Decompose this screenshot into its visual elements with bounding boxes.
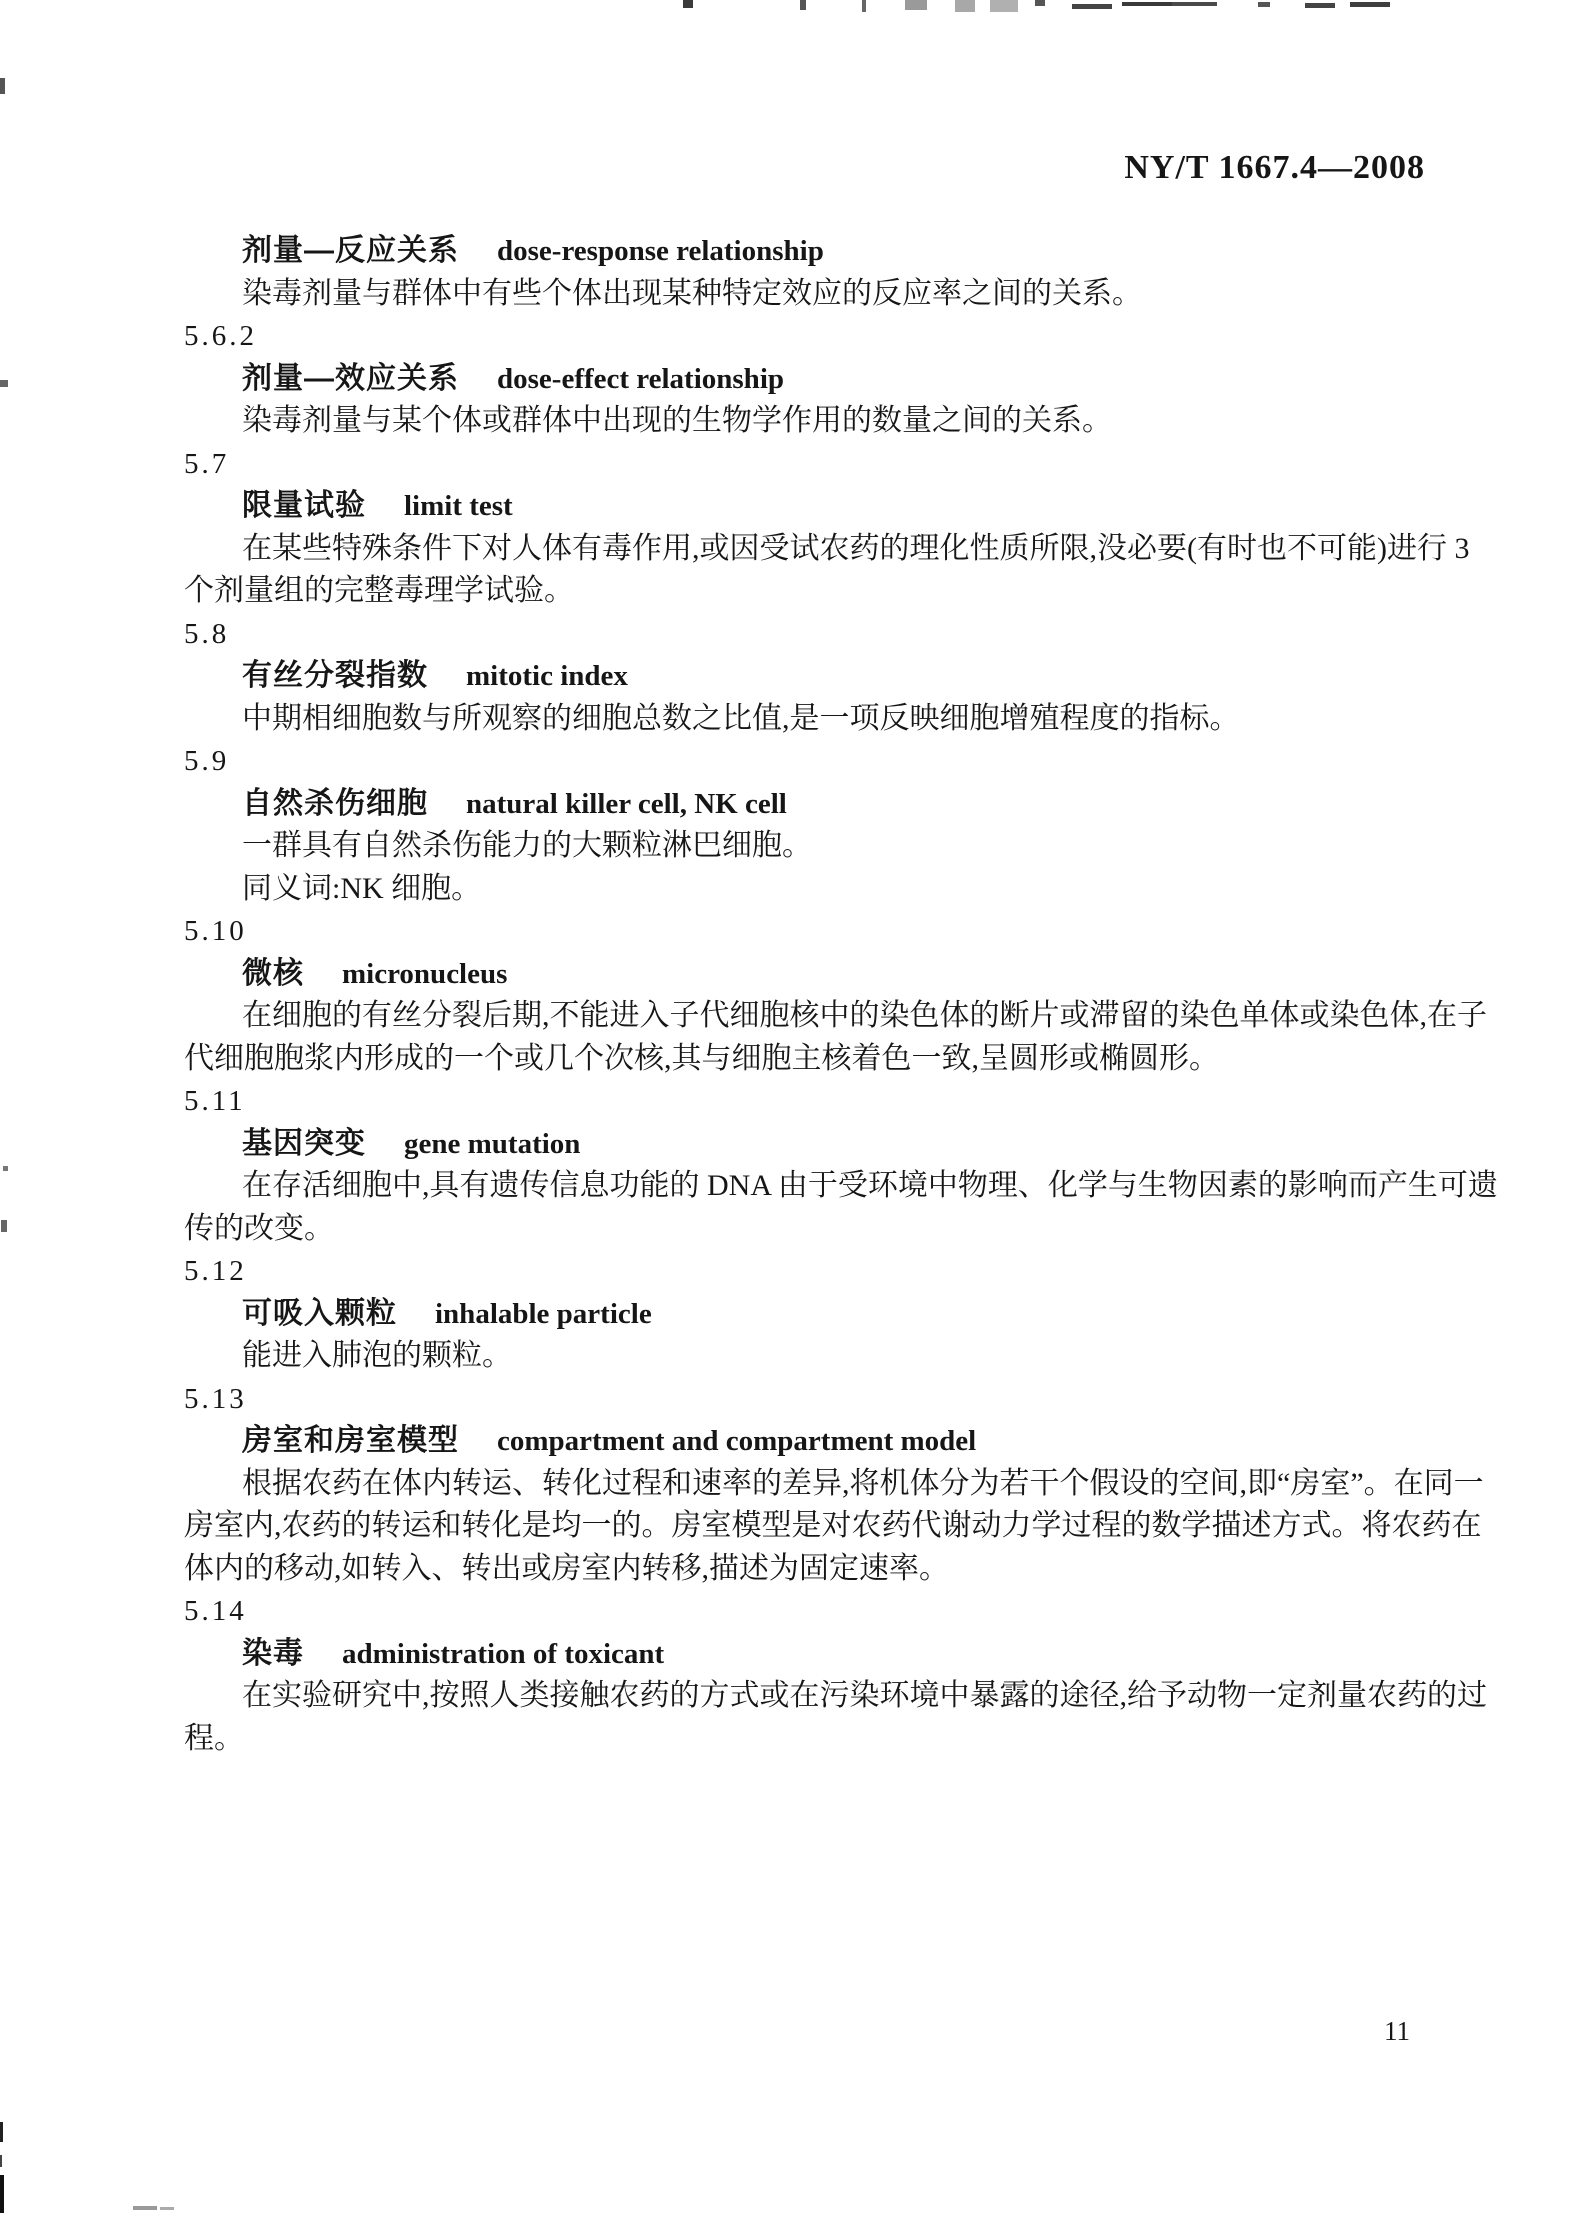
term-heading: 可吸入颗粒 inhalable particle: [184, 1293, 1444, 1336]
definition-line: 能进入肺泡的颗粒。: [184, 1335, 1444, 1378]
term-heading: 基因突变 gene mutation: [184, 1123, 1444, 1166]
term-chinese: 房室和房室模型: [242, 1424, 459, 1457]
scan-artifact: [905, 0, 927, 10]
scan-artifact: [1350, 2, 1390, 7]
scan-artifact: [1258, 2, 1270, 7]
section-number: 5.9: [184, 740, 1444, 783]
scan-artifact: [160, 2207, 174, 2210]
term-english: gene mutation: [404, 1128, 580, 1160]
scan-artifact: [1305, 3, 1335, 8]
term-section: 5.12 可吸入颗粒 inhalable particle 能进入肺泡的颗粒。: [184, 1250, 1444, 1378]
scan-artifact: [1035, 0, 1045, 6]
scan-artifact: [990, 0, 1018, 12]
term-chinese: 微核: [242, 957, 304, 990]
definition-line: 体内的移动,如转入、转出或房室内转移,描述为固定速率。: [184, 1548, 1444, 1591]
definition-line: 在某些特殊条件下对人体有毒作用,或因受试农药的理化性质所限,没必要(有时也不可能…: [184, 528, 1444, 571]
definition-line: 程。: [184, 1718, 1444, 1761]
term-chinese: 自然杀伤细胞: [242, 787, 428, 820]
term-english: dose-effect relationship: [497, 363, 784, 395]
scan-artifact: [0, 2155, 2, 2167]
section-number: 5.12: [184, 1250, 1444, 1293]
term-english: compartment and compartment model: [497, 1425, 976, 1457]
term-chinese: 限量试验: [242, 489, 366, 522]
scan-artifact: [1, 1220, 7, 1232]
term-section: 5.14 染毒 administration of toxicant 在实验研究…: [184, 1590, 1444, 1760]
definition-line: 代细胞胞浆内形成的一个或几个次核,其与细胞主核着色一致,呈圆形或椭圆形。: [184, 1038, 1444, 1081]
scan-artifact: [800, 0, 806, 10]
definition-line: 染毒剂量与某个体或群体中出现的生物学作用的数量之间的关系。: [184, 400, 1444, 443]
term-heading: 剂量—效应关系 dose-effect relationship: [184, 358, 1444, 401]
synonym-line: 同义词:NK 细胞。: [184, 868, 1444, 911]
scan-artifact: [1122, 2, 1172, 6]
term-english: micronucleus: [342, 958, 507, 990]
term-chinese: 基因突变: [242, 1127, 366, 1160]
term-english: natural killer cell, NK cell: [466, 788, 787, 820]
term-english: inhalable particle: [435, 1298, 652, 1330]
term-chinese: 剂量—反应关系: [242, 234, 459, 267]
scan-artifact: [3, 1166, 8, 1171]
term-chinese: 剂量—效应关系: [242, 362, 459, 395]
definition-line: 根据农药在体内转运、转化过程和速率的差异,将机体分为若干个假设的空间,即“房室”…: [184, 1463, 1444, 1506]
term-english: dose-response relationship: [497, 235, 824, 267]
section-number: 5.11: [184, 1080, 1444, 1123]
definition-line: 在实验研究中,按照人类接触农药的方式或在污染环境中暴露的途径,给予动物一定剂量农…: [184, 1675, 1444, 1718]
standard-number-header: NY/T 1667.4—2008: [0, 148, 1425, 188]
term-heading: 剂量—反应关系 dose-response relationship: [184, 230, 1444, 273]
term-heading: 限量试验 limit test: [184, 485, 1444, 528]
scan-artifact: [1072, 4, 1112, 9]
term-section: 5.6.2 剂量—效应关系 dose-effect relationship 染…: [184, 315, 1444, 443]
section-number: 5.13: [184, 1378, 1444, 1421]
page-number: 11: [1330, 2016, 1410, 2047]
definition-line: 在细胞的有丝分裂后期,不能进入子代细胞核中的染色体的断片或滞留的染色单体或染色体…: [184, 995, 1444, 1038]
term-heading: 自然杀伤细胞 natural killer cell, NK cell: [184, 783, 1444, 826]
term-chinese: 有丝分裂指数: [242, 659, 428, 692]
section-number: 5.6.2: [184, 315, 1444, 358]
term-english: administration of toxicant: [342, 1638, 664, 1670]
scan-artifact: [0, 78, 5, 94]
term-heading: 房室和房室模型 compartment and compartment mode…: [184, 1420, 1444, 1463]
definition-line: 传的改变。: [184, 1208, 1444, 1251]
term-heading: 微核 micronucleus: [184, 953, 1444, 996]
term-chinese: 可吸入颗粒: [242, 1297, 397, 1330]
section-number: 5.10: [184, 910, 1444, 953]
term-section: 5.8 有丝分裂指数 mitotic index 中期相细胞数与所观察的细胞总数…: [184, 613, 1444, 741]
term-section: 5.10 微核 micronucleus 在细胞的有丝分裂后期,不能进入子代细胞…: [184, 910, 1444, 1080]
scan-artifact: [0, 380, 8, 387]
term-section: 5.7 限量试验 limit test 在某些特殊条件下对人体有毒作用,或因受试…: [184, 443, 1444, 613]
section-number: 5.8: [184, 613, 1444, 656]
scan-artifact: [862, 0, 866, 12]
scan-artifact: [133, 2206, 157, 2210]
term-chinese: 染毒: [242, 1637, 304, 1670]
scan-artifact: [683, 0, 693, 8]
section-number: 5.14: [184, 1590, 1444, 1633]
term-heading: 有丝分裂指数 mitotic index: [184, 655, 1444, 698]
term-section: 5.13 房室和房室模型 compartment and compartment…: [184, 1378, 1444, 1591]
term-section: 5.11 基因突变 gene mutation 在存活细胞中,具有遗传信息功能的…: [184, 1080, 1444, 1250]
scan-artifact: [955, 0, 975, 12]
scan-artifact: [0, 2175, 4, 2213]
definition-line: 在存活细胞中,具有遗传信息功能的 DNA 由于受环境中物理、化学与生物因素的影响…: [184, 1165, 1444, 1208]
term-section: 5.9 自然杀伤细胞 natural killer cell, NK cell …: [184, 740, 1444, 910]
term-heading: 染毒 administration of toxicant: [184, 1633, 1444, 1676]
definition-line: 房室内,农药的转运和转化是均一的。房室模型是对农药代谢动力学过程的数学描述方式。…: [184, 1505, 1444, 1548]
term-english: limit test: [404, 490, 513, 522]
definition-line: 个剂量组的完整毒理学试验。: [184, 570, 1444, 613]
scan-artifact: [1172, 2, 1217, 6]
term-english: mitotic index: [466, 660, 628, 692]
scan-artifact: [0, 2122, 3, 2142]
definition-line: 染毒剂量与群体中有些个体出现某种特定效应的反应率之间的关系。: [184, 273, 1444, 316]
terms-content: 剂量—反应关系 dose-response relationship 染毒剂量与…: [184, 230, 1444, 1760]
section-number: 5.7: [184, 443, 1444, 486]
definition-line: 中期相细胞数与所观察的细胞总数之比值,是一项反映细胞增殖程度的指标。: [184, 698, 1444, 741]
document-page: NY/T 1667.4—2008 剂量—反应关系 dose-response r…: [0, 0, 1591, 2213]
definition-line: 一群具有自然杀伤能力的大颗粒淋巴细胞。: [184, 825, 1444, 868]
term-section: 剂量—反应关系 dose-response relationship 染毒剂量与…: [184, 230, 1444, 315]
